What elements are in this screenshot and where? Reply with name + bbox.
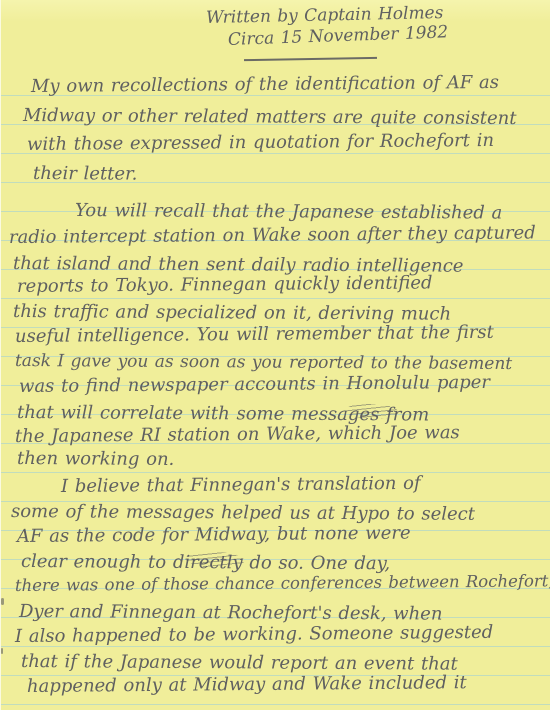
handwriting-line: the Japanese RI station on Wake, which J… — [15, 424, 460, 446]
notepad-page: Written by Captain Holmes Circa 15 Novem… — [0, 0, 550, 710]
handwriting-line: useful intelligence. You will remember t… — [15, 324, 494, 346]
handwriting-line: My own recollections of the identificati… — [31, 74, 499, 96]
handwriting-line: task I gave you as soon as you reported … — [15, 353, 512, 373]
handwriting-line: Dyer and Finnegan at Rochefort's desk, w… — [19, 603, 443, 624]
handwriting-line: this traffic and specialized on it, deri… — [13, 303, 451, 324]
handwriting-line: was to find newspaper accounts in Honolu… — [19, 374, 490, 396]
handwriting-line: AF as the code for Midway, but none were — [17, 525, 411, 546]
handwriting-line: reports to Tokyo. Finnegan quickly ident… — [17, 274, 433, 296]
handwriting-line: there was one of those chance conference… — [15, 573, 550, 594]
attribution-line-2: Circa 15 November 1982 — [228, 24, 449, 49]
handwriting-line: I believe that Finnegan's translation of — [61, 475, 421, 496]
handwriting-line: with those expressed in quotation for Ro… — [27, 132, 494, 154]
handwriting-line: Midway or other related matters are quit… — [23, 107, 517, 128]
date-underline — [244, 57, 377, 61]
handwriting-line: their letter. — [33, 165, 138, 184]
scan-artifact — [1, 598, 4, 605]
handwriting-line: I also happened to be working. Someone s… — [15, 624, 493, 646]
handwriting-line: some of the messages helped us at Hypo t… — [11, 503, 475, 524]
handwriting-line: radio intercept station on Wake soon aft… — [9, 224, 536, 247]
handwriting-line: happened only at Midway and Wake include… — [27, 674, 467, 696]
handwriting-line: You will recall that the Japanese establ… — [75, 202, 502, 223]
scan-artifact — [1, 648, 3, 654]
handwriting-line: that if the Japanese would report an eve… — [21, 653, 458, 674]
handwriting-line: then working on. — [17, 450, 174, 469]
